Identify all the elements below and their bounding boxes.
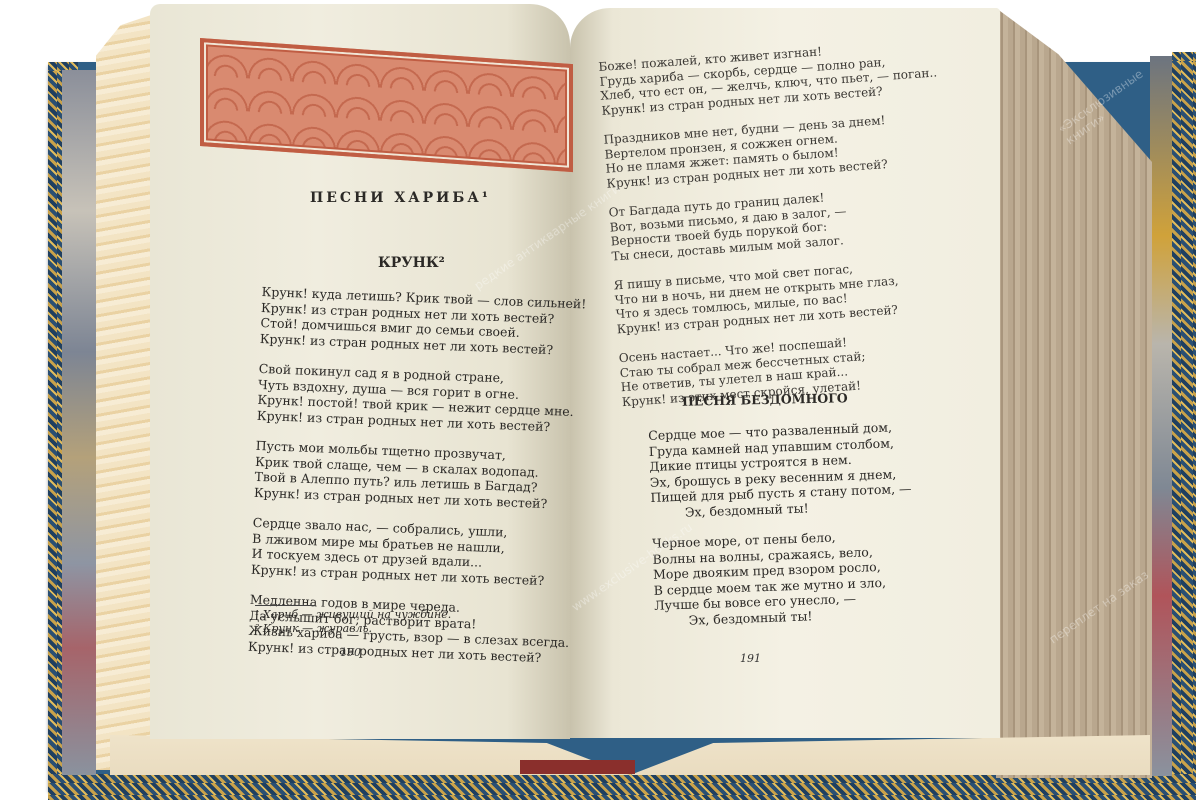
marbled-endpaper-left bbox=[62, 70, 96, 775]
poem-title: КРУНК² bbox=[378, 255, 445, 271]
stanza: От Багдада путь до границ далек! Вот, во… bbox=[608, 182, 949, 263]
footnote: ¹ Хариб — живущий на чужбине. bbox=[255, 608, 451, 622]
marbled-endpaper-right bbox=[1150, 56, 1172, 776]
stanza: Пусть мои мольбы тщетно прозвучат, Крик … bbox=[254, 438, 581, 512]
footnote-divider bbox=[255, 605, 315, 606]
stanza: Крунк! куда летишь? Крик твой — слов сил… bbox=[260, 284, 587, 358]
section-title: ПЕСНИ ХАРИБА¹ bbox=[310, 190, 491, 206]
stanza: Праздников мне нет, будни — день за днем… bbox=[603, 109, 944, 190]
stanza: Я пишу в письме, что мой свет погас, Что… bbox=[613, 255, 954, 336]
page-number-right: 191 bbox=[740, 652, 761, 665]
stanza: Свой покинул сад я в родной стране, Чуть… bbox=[257, 361, 584, 435]
right-poem-continuation: Боже! пожалей, кто живет изгнан! Грудь х… bbox=[598, 36, 960, 424]
page-number-left: 190 bbox=[340, 646, 361, 659]
stanza: Черное море, от пены бело, Волны на волн… bbox=[652, 527, 916, 629]
footnote: ² Крунк — журавль. bbox=[255, 622, 451, 636]
spine-headband bbox=[520, 760, 635, 774]
gilt-border-right bbox=[1172, 52, 1196, 800]
stanza: Сердце мое — что разваленный дом, Груда … bbox=[648, 419, 912, 521]
footnotes: ¹ Хариб — живущий на чужбине. ² Крунк — … bbox=[255, 608, 451, 636]
stanza: Сердце звало нас, — собрались, ушли, В л… bbox=[251, 515, 578, 589]
